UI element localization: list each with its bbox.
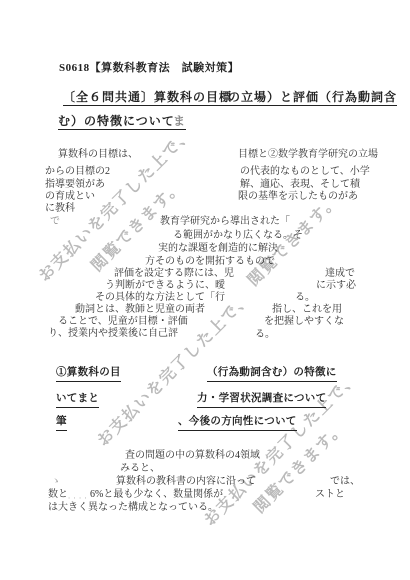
text-fragment: う判断ができるように、曖 [105,281,225,291]
text-fragment: 解、適応、表現、そして積 [240,180,360,190]
text-fragment: 数と [48,490,68,500]
text-fragment: の育成とい [45,192,95,202]
text-fragment: ゝ [51,477,61,487]
text-fragment: 実的な課題を創造的に解決 [158,244,278,254]
heading-segment: の立場）と評価（行為動詞含 [228,91,397,106]
text-fragment: る。 [255,330,275,340]
text-fragment: その具体的な方法として「行 [95,293,225,303]
text-fragment: り、授業内や授業後に自己評 [48,329,178,339]
text-fragment: 算数科の目標は、 [58,150,138,160]
text-fragment: 目標と②数学教育学研究の立場 [238,150,378,160]
subheading-segment: ①算数科の目 [56,368,121,382]
text-fragment: 算数科の教科書の内容に沿って [116,477,256,487]
text-fragment: みると、 [120,464,160,474]
text-fragment: 限の基準を示したものがあ [238,192,358,202]
heading-segment: む）の特徴について [58,115,175,130]
text-fragment: 動詞とは、教師と児童の両者 [75,305,205,315]
text-fragment: からの目標の2 [45,167,110,177]
text-fragment: ストと [315,490,345,500]
text-fragment: 評価を設定する際には、児 [114,269,234,279]
subheading-segment: 、今後の方向性について [178,417,297,431]
text-fragment: に教科 [45,204,75,214]
subheading-segment: （行為動詞含む）の特徴に [207,368,337,382]
text-fragment: ることで、児童が目標・評価 [58,317,188,327]
text-fragment: に示す必 [316,281,356,291]
text-fragment: 6%と最も少なく、数量関係が [90,490,223,500]
subheading-segment: いてまと [56,394,99,408]
text-fragment: を把握しやすくな [264,317,344,327]
text-fragment: 指し、これを用 [272,305,342,315]
text-fragment: 査の問題の中の算数科の4領域 [125,451,260,461]
text-fragment: 指導要領があ [45,180,105,190]
text-fragment: る。 [295,293,315,303]
text-fragment: る範囲がかなり広くなる。そ [173,231,303,241]
text-fragment: で [50,217,60,227]
text-fragment: の代表的なものとして、小学 [240,167,370,177]
text-fragment: では、 [330,477,360,487]
document-title: S0618【算数科教育法 試験対策】 [59,63,239,74]
subheading-segment: 筆 [56,417,67,431]
document-preview-page: お支払いを完了した上で、 閲覧できます。 閲覧できます。 お支払いを完了した上で… [0,0,410,580]
subheading-segment: 力・学習状況調査について [197,394,326,408]
text-fragment: は大きく異なった構成となっている。 [48,503,218,513]
watermark-view-text: 閲覧できます。 [217,385,384,552]
text-fragment: 教育学研究から導出された「 [160,217,290,227]
text-fragment: 達成で [325,269,355,279]
heading-partial-char: ま [173,115,186,130]
text-fragment: 方そのものを開拓するもので [145,257,275,267]
heading-segment: 〔全６問共通〕算数科の目標 [63,91,232,106]
